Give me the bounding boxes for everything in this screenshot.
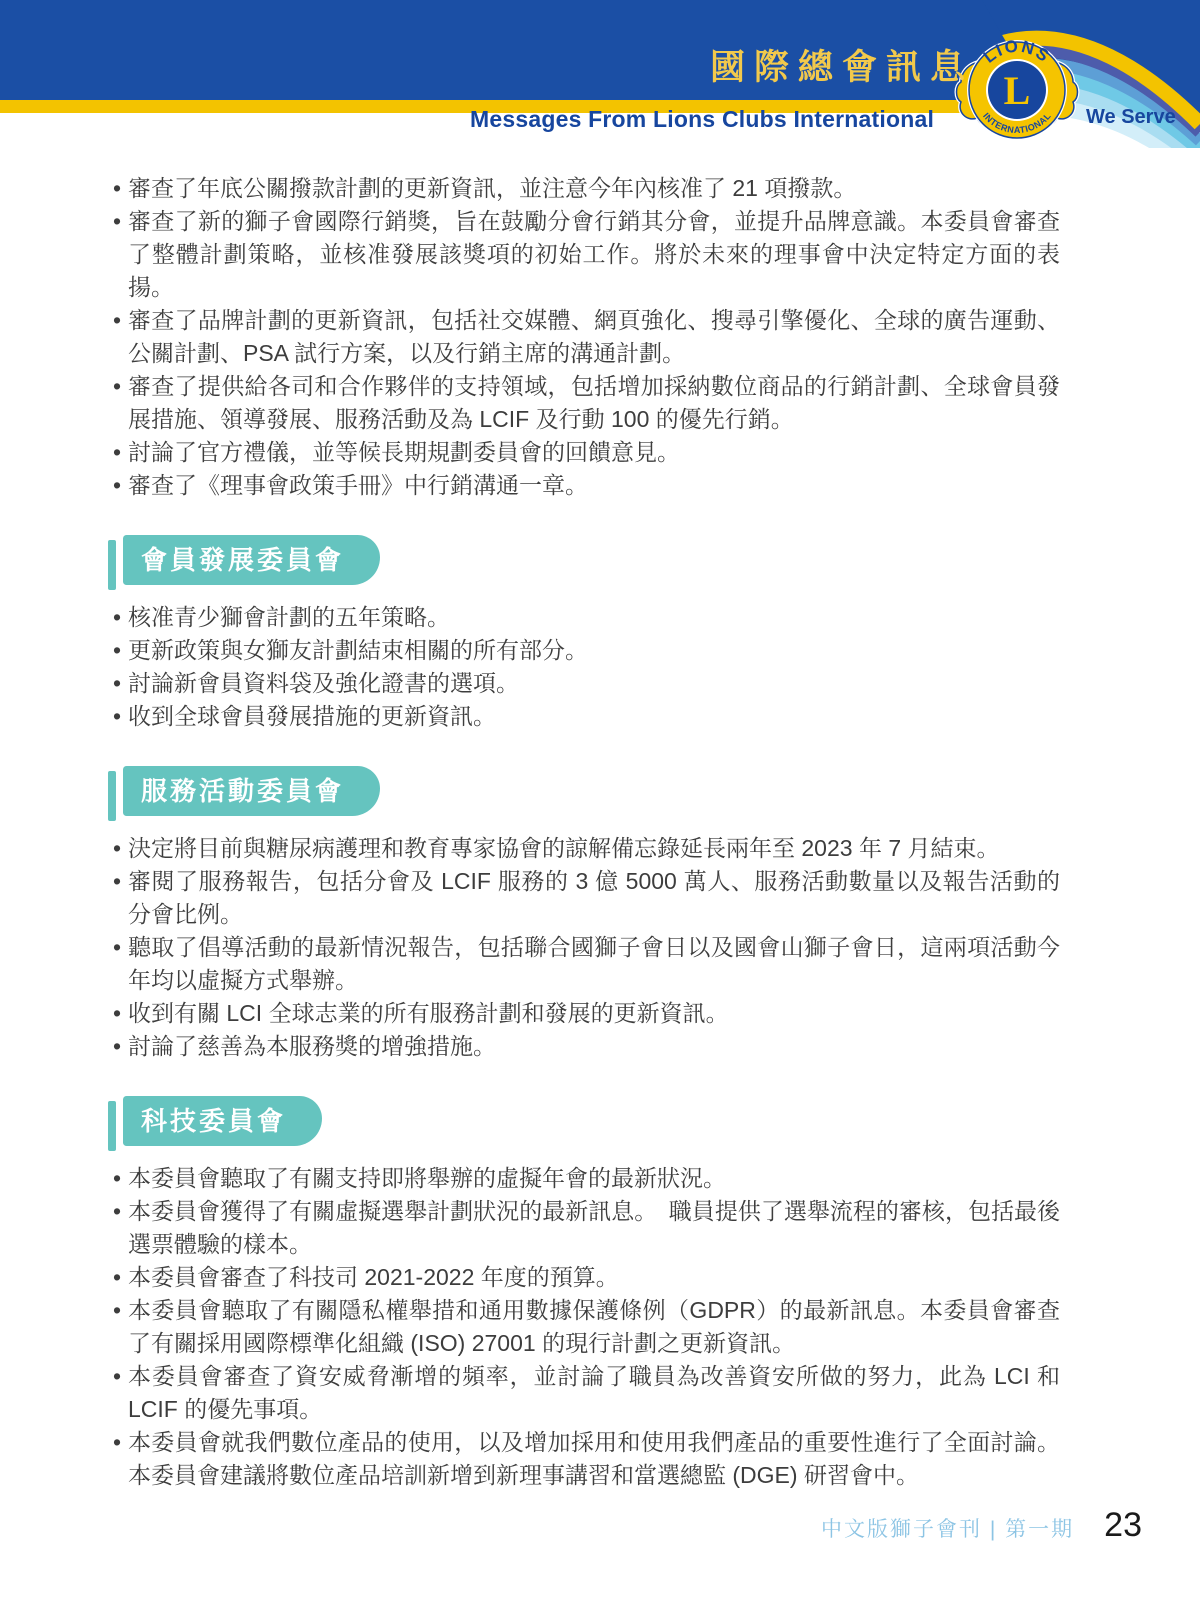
section-header-service: 服務活動委員會 (108, 766, 1060, 821)
bullet-item: 審查了品牌計劃的更新資訊，包括社交媒體、網頁強化、搜尋引擎優化、全球的廣告運動、… (108, 304, 1060, 370)
section-badge-service: 服務活動委員會 (123, 766, 380, 816)
membership-bullet-list: 核准青少獅會計劃的五年策略。 更新政策與女獅友計劃結束相關的所有部分。 討論新會… (108, 601, 1060, 733)
bullet-item: 本委員會聽取了有關支持即將舉辦的虛擬年會的最新狀況。 (108, 1162, 1060, 1195)
footer-journal-title: 中文版獅子會刊 | 第一期 (821, 1513, 1074, 1543)
section-header-technology: 科技委員會 (108, 1096, 1060, 1151)
bullet-item: 本委員會審查了科技司 2021-2022 年度的預算。 (108, 1261, 1060, 1294)
bullet-item: 決定將目前與糖尿病護理和教育專家協會的諒解備忘錄延長兩年至 2023 年 7 月… (108, 832, 1060, 865)
bullet-item: 收到全球會員發展措施的更新資訊。 (108, 700, 1060, 733)
bullet-item: 本委員會獲得了有關虛擬選舉計劃狀況的最新訊息。 職員提供了選舉流程的審核，包括最… (108, 1195, 1060, 1261)
footer-page-number: 23 (1104, 1506, 1142, 1545)
header-title-english: Messages From Lions Clubs International (470, 106, 934, 133)
section-badge-membership: 會員發展委員會 (123, 535, 380, 585)
bullet-item: 審查了年底公關撥款計劃的更新資訊，並注意今年內核准了 21 項撥款。 (108, 172, 1060, 205)
intro-bullet-list: 審查了年底公關撥款計劃的更新資訊，並注意今年內核准了 21 項撥款。 審查了新的… (108, 172, 1060, 502)
bullet-item: 收到有關 LCI 全球志業的所有服務計劃和發展的更新資訊。 (108, 997, 1060, 1030)
bullet-item: 審查了《理事會政策手冊》中行銷溝通一章。 (108, 469, 1060, 502)
section-accent-bar (108, 1101, 116, 1151)
logo-center-letter: L (1004, 68, 1031, 113)
bullet-item: 討論了官方禮儀，並等候長期規劃委員會的回饋意見。 (108, 436, 1060, 469)
bullet-item: 聽取了倡導活動的最新情況報告，包括聯合國獅子會日以及國會山獅子會日，這兩項活動今… (108, 931, 1060, 997)
section-badge-technology: 科技委員會 (123, 1096, 322, 1146)
header-title-chinese: 國際總會訊息 (710, 50, 974, 85)
bullet-item: 更新政策與女獅友計劃結束相關的所有部分。 (108, 634, 1060, 667)
header-motto: We Serve (1086, 106, 1176, 129)
bullet-item: 本委員會就我們數位產品的使用，以及增加採用和使用我們產品的重要性進行了全面討論。… (108, 1426, 1060, 1492)
bullet-item: 審查了新的獅子會國際行銷獎，旨在鼓勵分會行銷其分會，並提升品牌意識。本委員會審查… (108, 205, 1060, 304)
bullet-item: 審閱了服務報告，包括分會及 LCIF 服務的 3 億 5000 萬人、服務活動數… (108, 865, 1060, 931)
section-accent-bar (108, 771, 116, 821)
main-content: 審查了年底公關撥款計劃的更新資訊，並注意今年內核准了 21 項撥款。 審查了新的… (108, 172, 1060, 1492)
technology-bullet-list: 本委員會聽取了有關支持即將舉辦的虛擬年會的最新狀況。 本委員會獲得了有關虛擬選舉… (108, 1162, 1060, 1492)
section-header-membership: 會員發展委員會 (108, 535, 1060, 590)
bullet-item: 討論了慈善為本服務獎的增強措施。 (108, 1030, 1060, 1063)
bullet-item: 核准青少獅會計劃的五年策略。 (108, 601, 1060, 634)
bullet-item: 討論新會員資料袋及強化證書的選項。 (108, 667, 1060, 700)
bullet-item: 審查了提供給各司和合作夥伴的支持領域，包括增加採納數位商品的行銷計劃、全球會員發… (108, 370, 1060, 436)
bullet-item: 本委員會聽取了有關隱私權舉措和通用數據保護條例（GDPR）的最新訊息。本委員會審… (108, 1294, 1060, 1360)
bullet-item: 本委員會審查了資安威脅漸增的頻率，並討論了職員為改善資安所做的努力，此為 LCI… (108, 1360, 1060, 1426)
service-bullet-list: 決定將目前與糖尿病護理和教育專家協會的諒解備忘錄延長兩年至 2023 年 7 月… (108, 832, 1060, 1063)
page-header: L LIONS INTERNATIONAL 國際總會訊息 Messages Fr… (0, 0, 1200, 160)
lions-international-logo-icon: L LIONS INTERNATIONAL (953, 26, 1081, 154)
section-accent-bar (108, 540, 116, 590)
page-footer: 中文版獅子會刊 | 第一期 23 (821, 1506, 1142, 1545)
